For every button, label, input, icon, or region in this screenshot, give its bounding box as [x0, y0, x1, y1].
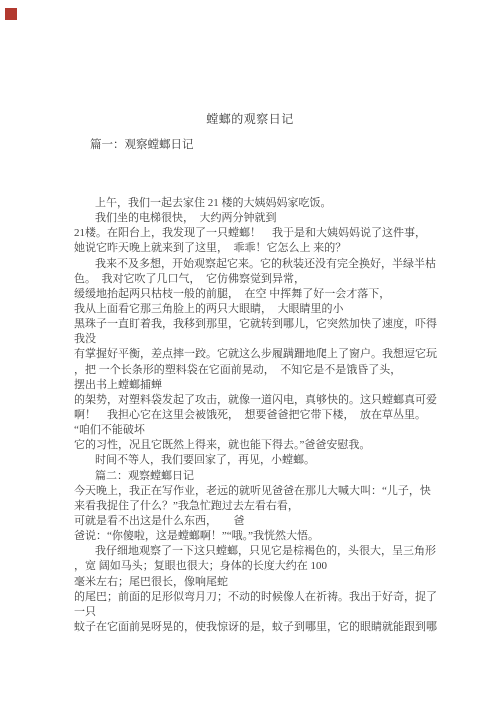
text-line: 篇二：观察螳螂日记: [74, 469, 434, 484]
text-line: 有掌握好平衡，差点摔一跤。它就这么步履蹒跚地爬上了窗户。我想逗它玩: [74, 347, 434, 362]
text-line: 一只: [74, 605, 434, 620]
text-line: 21楼。在阳台上，我发现了一只螳螂！ 我于是和大姨妈妈说了这件事，: [74, 226, 434, 241]
text-line: 今天晚上，我正在写作业，老远的就听见爸爸在那儿大喊大叫：“儿子，快: [74, 484, 434, 499]
section-heading-1: 篇一：观察螳螂日记: [90, 136, 194, 152]
text-line: 爸说：“你傻啦，这是螳螂啊！”“哦。”我恍然大悟。: [74, 529, 434, 544]
document-page: 螳螂的观察日记 篇一：观察螳螂日记 上午，我们一起去家住 21 楼的大姨妈妈家吃…: [0, 0, 500, 709]
text-line: 蚊子在它面前晃呀晃的，使我惊讶的是，蚊子到哪里，它的眼睛就能跟到哪: [74, 620, 434, 635]
text-line: 色。 我对它吹了几口气， 它仿佛察觉到异常，: [74, 272, 434, 287]
text-line: 的尾巴；前面的足形似弯月刀；不动的时候像人在祈祷。我出于好奇，捉了: [74, 590, 434, 605]
red-marker-icon: [5, 8, 17, 20]
document-body: 上午，我们一起去家住 21 楼的大姨妈妈家吃饭。我们坐的电梯很快， 大约两分钟就…: [74, 196, 434, 635]
page-title: 螳螂的观察日记: [0, 110, 500, 127]
text-line: 啊！ 我担心它在这里会被饿死， 想要爸爸把它带下楼， 放在草丛里。: [74, 408, 434, 423]
text-line: 上午，我们一起去家住 21 楼的大姨妈妈家吃饭。: [74, 196, 434, 211]
text-line: 毫米左右；尾巴很长，像响尾蛇: [74, 575, 434, 590]
text-line: 她说它昨天晚上就来到了这里， 乖乖！它怎么上 来的？: [74, 241, 434, 256]
text-line: 我仔细地观察了一下这只螳螂，只见它是棕褐色的，头很大，呈三角形: [74, 544, 434, 559]
text-line: ，把 一个长条形的塑料袋在它面前晃动， 不知它是不是饿昏了头，: [74, 363, 434, 378]
text-line: 我没: [74, 332, 434, 347]
text-line: ，宽 阔如马头；复眼也很大；身体的长度大约在 100: [74, 559, 434, 574]
text-line: 我从上面看它那三角脸上的两只大眼睛， 大眼睛里的小: [74, 302, 434, 317]
text-line: 我来不及多想，开始观察起它来。它的秋装还没有完全换好，半绿半枯: [74, 257, 434, 272]
text-line: 的架势，对塑料袋发起了攻击，就像一道闪电，真够快的。这只螳螂真可爱: [74, 393, 434, 408]
text-line: 我们坐的电梯很快， 大约两分钟就到: [74, 211, 434, 226]
text-line: 缓缓地抬起两只枯枝一般的前腿， 在空 中挥舞了好一会才落下，: [74, 287, 434, 302]
text-line: 可就是看不出这是什么东西， 爸: [74, 514, 434, 529]
text-line: 来看我捉住了什么？”我急忙跑过去左看右看，: [74, 499, 434, 514]
text-line: 时间不等人，我们要回家了，再见，小螳螂。: [74, 453, 434, 468]
text-line: 它的习性，况且它既然上得来，就也能下得去。”爸爸安慰我。: [74, 438, 434, 453]
text-line: “咱们不能破坏: [74, 423, 434, 438]
text-line: 黑珠子一直盯着我，我移到那里，它就转到哪儿，它突然加快了速度，吓得: [74, 317, 434, 332]
text-line: 摆出书上螳螂捕蝉: [74, 378, 434, 393]
